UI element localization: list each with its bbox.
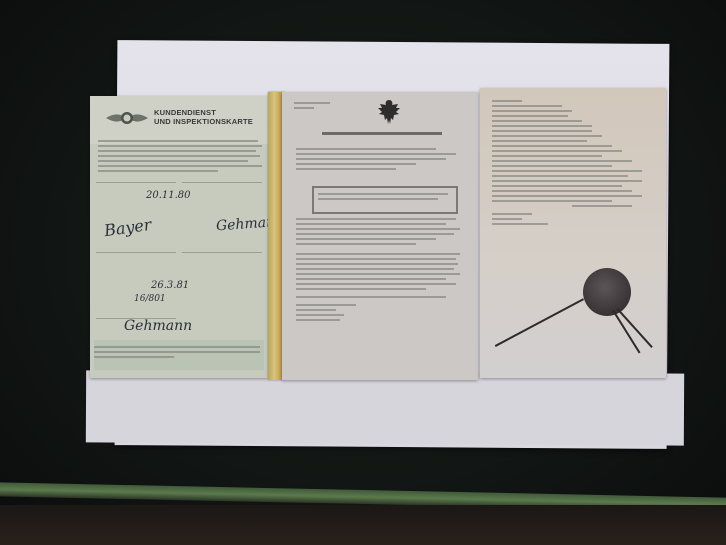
seal-string-right-1 — [617, 308, 653, 348]
body-text-block — [296, 218, 464, 324]
service-card: KUNDENDIENST UND INSPEKTIONSKARTE 20.11.… — [90, 96, 268, 378]
wax-seal-icon — [583, 268, 631, 316]
service-card-intro-text — [98, 140, 262, 180]
vehicle-info-block — [296, 148, 464, 173]
service-card-title: KUNDENDIENST UND INSPEKTIONSKARTE — [154, 108, 253, 126]
floor — [0, 505, 726, 545]
service-card-header: KUNDENDIENST UND INSPEKTIONSKARTE — [90, 96, 268, 144]
federal-eagle-icon — [376, 98, 402, 126]
title-line-1: KUNDENDIENST — [154, 108, 253, 117]
handwritten-date-3: 16/801 — [134, 294, 166, 304]
header-text-block — [294, 102, 334, 112]
document-heading — [322, 132, 442, 135]
title-line-2: UND INSPEKTIONSKARTE — [154, 117, 253, 126]
handwritten-date-2: 26.3.81 — [151, 280, 189, 291]
cell-4 — [182, 252, 262, 313]
white-paper-sheet-lower — [86, 370, 684, 445]
certificate-text-block — [492, 100, 652, 228]
winged-logo-icon — [106, 110, 148, 126]
certificate-document — [480, 88, 666, 378]
seal-string-left — [495, 299, 584, 347]
boxed-notice — [312, 186, 458, 214]
registration-document — [282, 92, 478, 380]
signature-3: Gehmann — [124, 318, 192, 334]
handwritten-date-1: 20.11.80 — [146, 190, 191, 201]
service-card-footer-text — [94, 340, 264, 370]
